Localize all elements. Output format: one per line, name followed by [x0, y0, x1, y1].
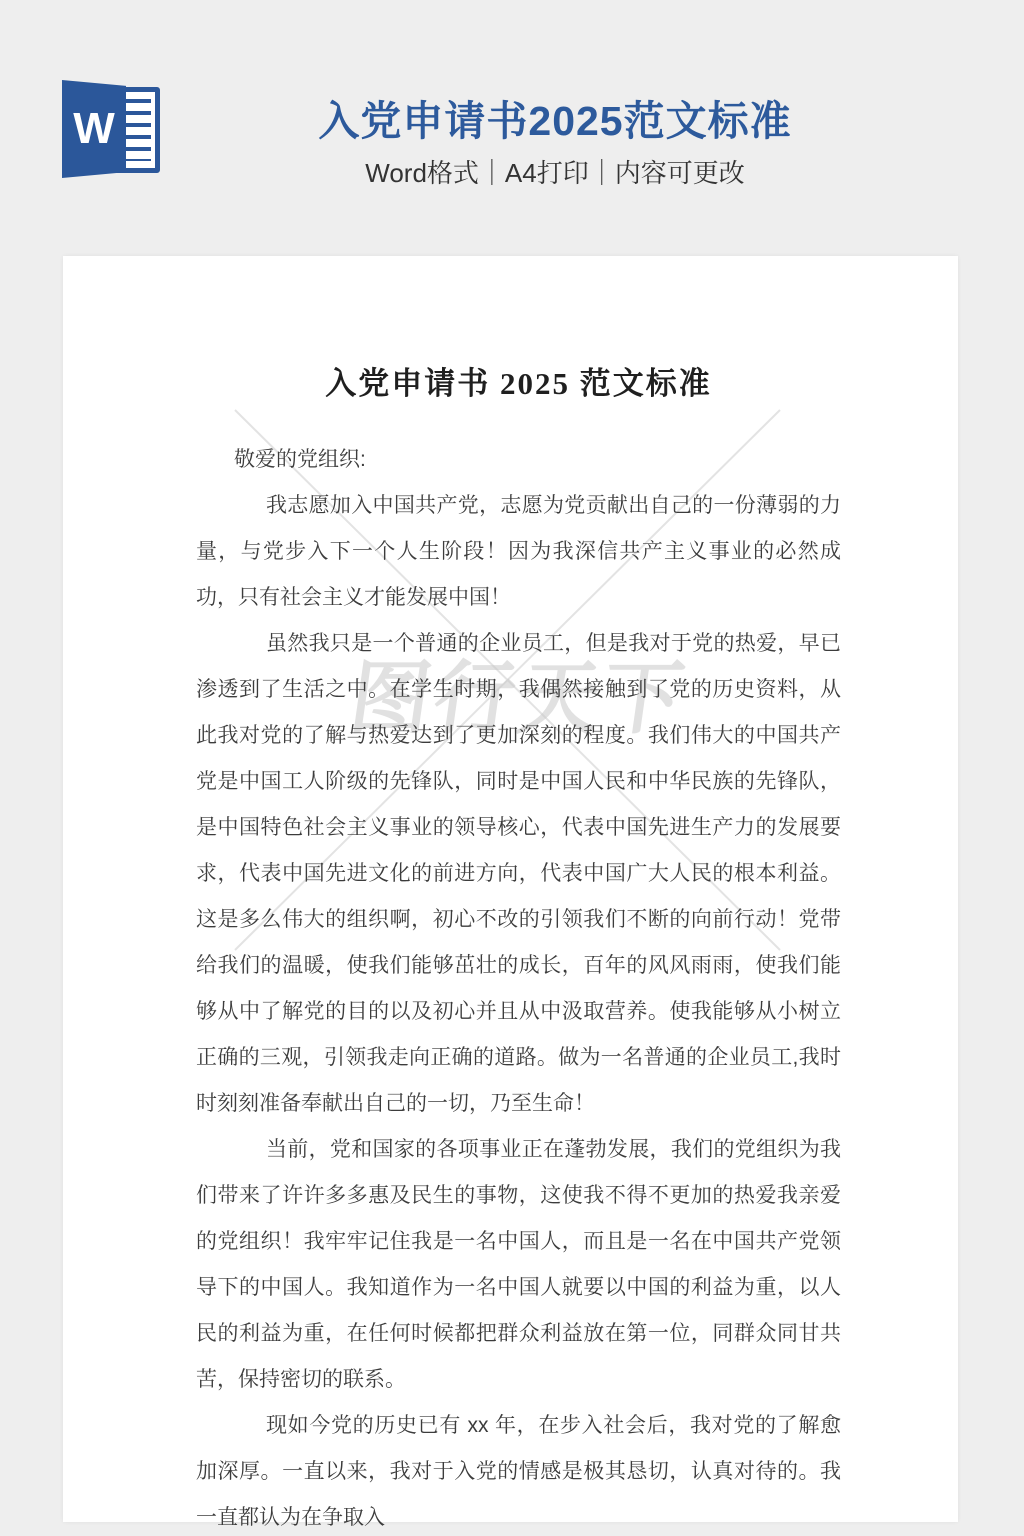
document-paragraph: 我志愿加入中国共产党，志愿为党贡献出自己的一份薄弱的力量，与党步入下一个人生阶段…: [196, 483, 841, 621]
page-title: 入党申请书2025范文标准: [86, 88, 1024, 147]
document-body: 敬爱的党组织: 我志愿加入中国共产党，志愿为党贡献出自己的一份薄弱的力量，与党步…: [196, 437, 841, 1536]
document-paragraph: 现如今党的历史已有 xx 年，在步入社会后，我对党的了解愈加深厚。一直以来，我对…: [196, 1403, 841, 1536]
document-paragraph: 当前，党和国家的各项事业正在蓬勃发展，我们的党组织为我们带来了许许多多惠及民生的…: [196, 1127, 841, 1403]
document-paragraph: 虽然我只是一个普通的企业员工，但是我对于党的热爱，早已渗透到了生活之中。在学生时…: [196, 621, 841, 1127]
document-paragraphs: 我志愿加入中国共产党，志愿为党贡献出自己的一份薄弱的力量，与党步入下一个人生阶段…: [196, 483, 841, 1536]
document-title: 入党申请书 2025 范文标准: [196, 358, 841, 403]
document-salutation: 敬爱的党组织:: [196, 437, 841, 483]
document-preview-page: 图行天下 入党申请书 2025 范文标准 敬爱的党组织: 我志愿加入中国共产党，…: [63, 256, 958, 1522]
site-header: W 入党申请书2025范文标准 Word格式｜A4打印｜内容可更改: [0, 0, 1024, 256]
page-subtitle: Word格式｜A4打印｜内容可更改: [86, 153, 1024, 190]
